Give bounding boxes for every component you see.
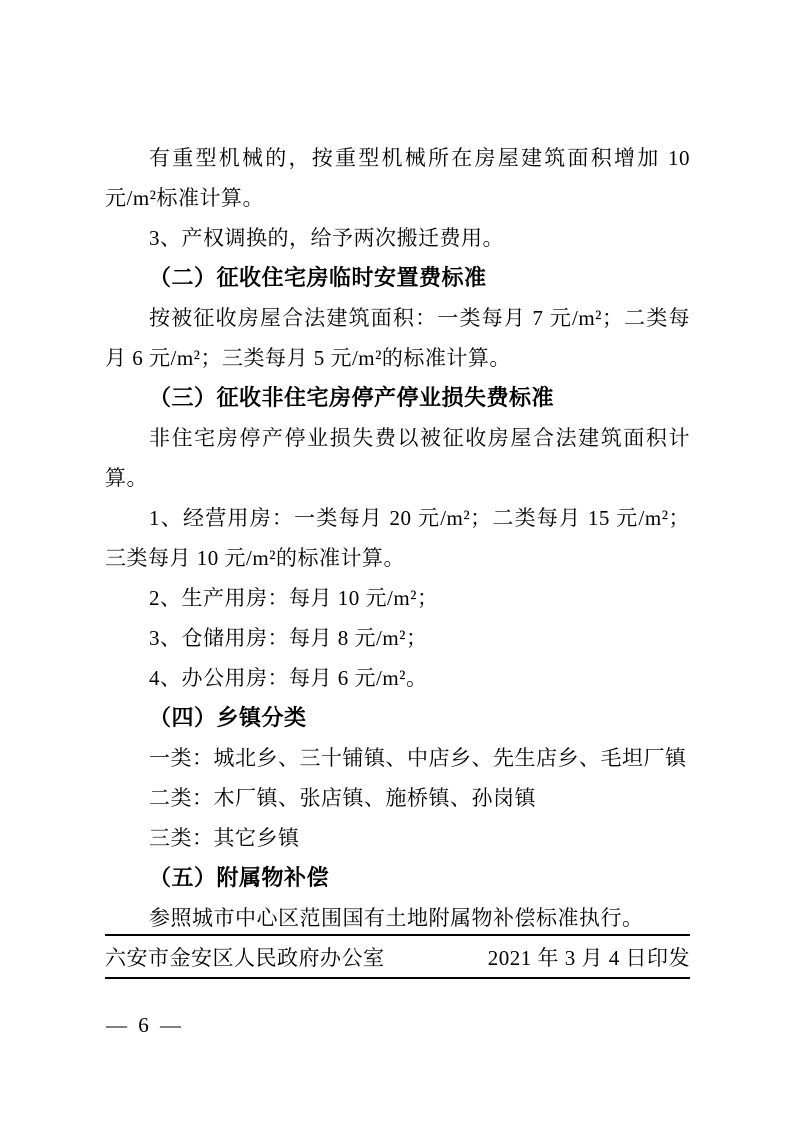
section-heading: （三）征收非住宅房停产停业损失费标准 [105,378,690,418]
paragraph: 3、产权调换的，给予两次搬迁费用。 [105,218,690,258]
paragraph: 按被征收房屋合法建筑面积：一类每月 7 元/m²；二类每月 6 元/m²；三类每… [105,298,690,378]
document-body: 有重型机械的，按重型机械所在房屋建筑面积增加 10 元/m²标准计算。 3、产权… [105,138,690,938]
paragraph: 2、生产用房：每月 10 元/m²； [105,578,690,618]
paragraph: 三类：其它乡镇 [105,818,690,858]
document-page: 有重型机械的，按重型机械所在房屋建筑面积增加 10 元/m²标准计算。 3、产权… [0,0,793,1122]
paragraph: 参照城市中心区范围国有土地附属物补偿标准执行。 [105,898,690,938]
paragraph: 二类：木厂镇、张店镇、施桥镇、孙岗镇 [105,778,690,818]
paragraph: 4、办公用房：每月 6 元/m²。 [105,658,690,698]
paragraph: 一类：城北乡、三十铺镇、中店乡、先生店乡、毛坦厂镇 [105,738,690,778]
section-heading: （四）乡镇分类 [105,698,690,738]
section-heading: （二）征收住宅房临时安置费标准 [105,258,690,298]
footer-issuer: 六安市金安区人民政府办公室 [105,942,385,972]
paragraph: 有重型机械的，按重型机械所在房屋建筑面积增加 10 元/m²标准计算。 [105,138,690,218]
page-number: — 6 — [106,1013,184,1038]
section-heading: （五）附属物补偿 [105,858,690,898]
footer: 六安市金安区人民政府办公室 2021 年 3 月 4 日印发 [105,934,690,979]
paragraph: 1、经营用房：一类每月 20 元/m²；二类每月 15 元/m²；三类每月 10… [105,498,690,578]
paragraph: 非住宅房停产停业损失费以被征收房屋合法建筑面积计算。 [105,418,690,498]
footer-print-date: 2021 年 3 月 4 日印发 [488,942,690,972]
paragraph: 3、仓储用房：每月 8 元/m²； [105,618,690,658]
